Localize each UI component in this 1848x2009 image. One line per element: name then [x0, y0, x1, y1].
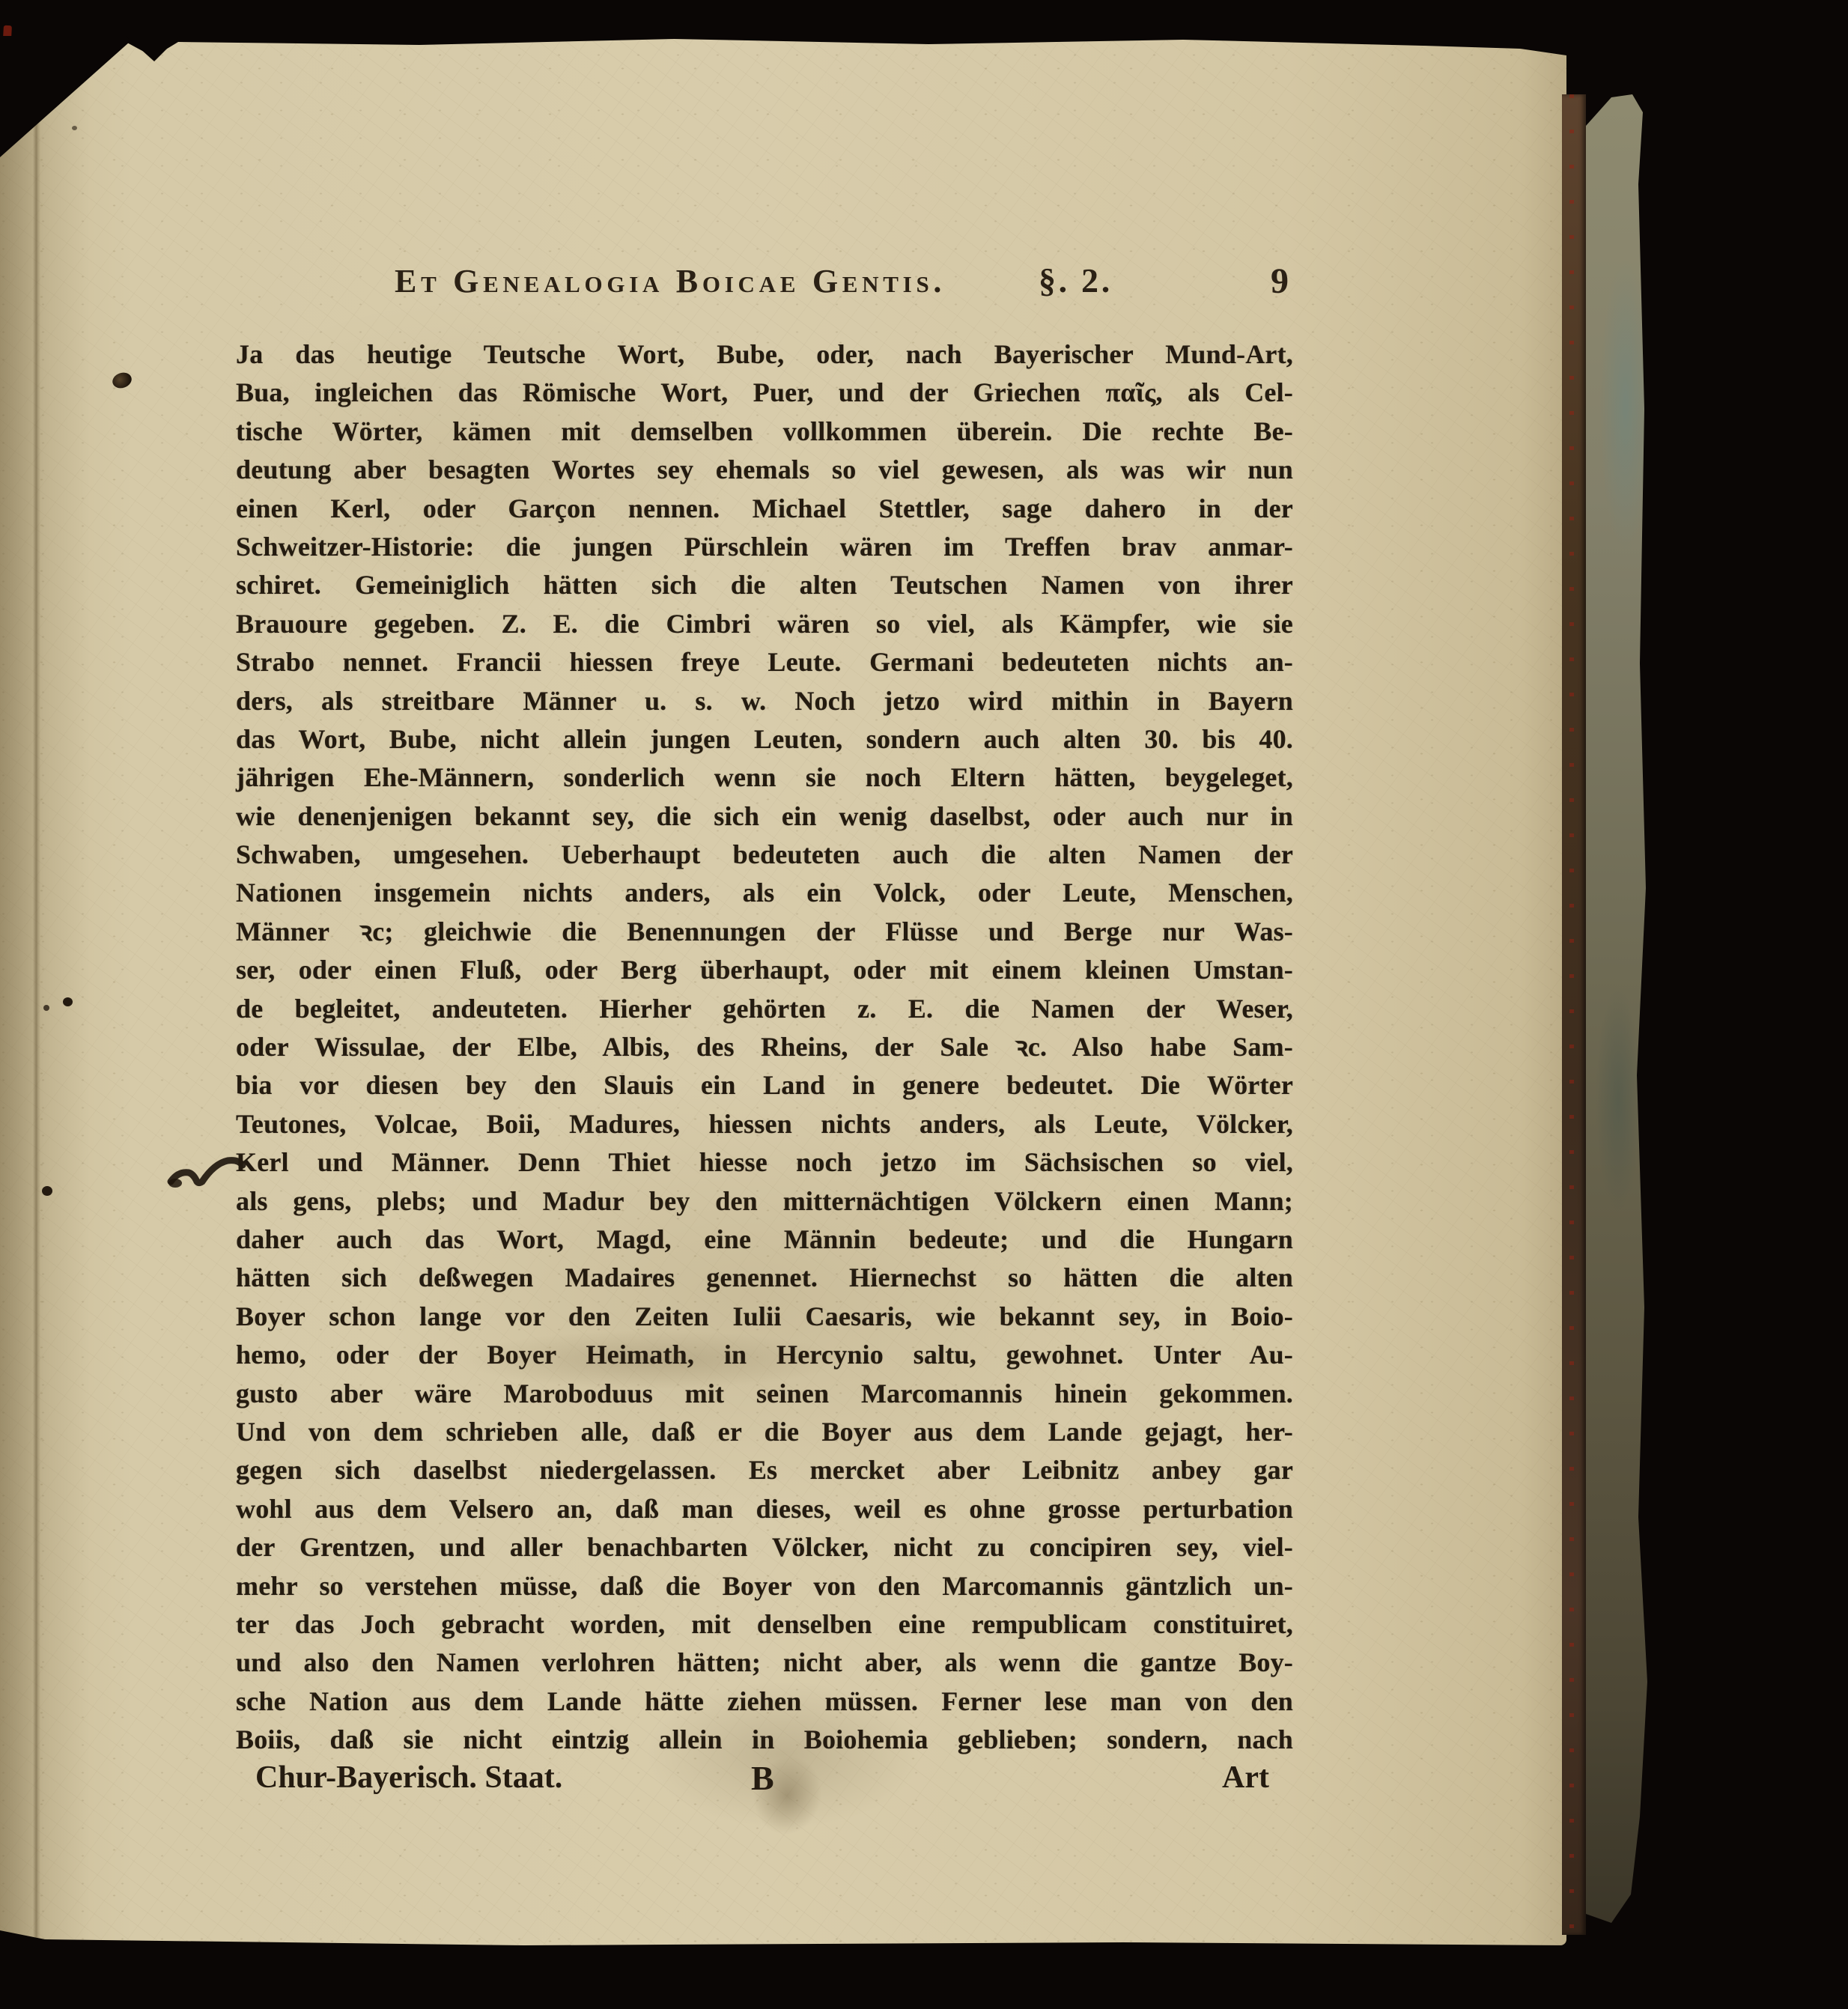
- text-line: deutung aber besagten Wortes sey ehemals…: [236, 451, 1293, 489]
- text-line: wie denenjenigen bekannt sey, die sich e…: [236, 797, 1293, 836]
- wormhole: [43, 1005, 49, 1011]
- body-text: Ja das heutige Teutsche Wort, Bube, oder…: [236, 335, 1293, 1759]
- text-line: Schwaben, umgesehen. Ueberhaupt bedeutet…: [236, 836, 1293, 874]
- text-line: bia vor diesen bey den Slauis ein Land i…: [236, 1066, 1293, 1104]
- text-line: jährigen Ehe-Männern, sonderlich wenn si…: [236, 759, 1293, 797]
- text-line: Teutones, Volcae, Boii, Madures, hiessen…: [236, 1105, 1293, 1143]
- text-line: Männer ꝛc; gleichwie die Benennungen der…: [236, 913, 1293, 951]
- signature-mark: B: [751, 1758, 774, 1798]
- book-page: Et Genealogia Boicae Gentis. §. 2. 9 Ja …: [0, 37, 1566, 1945]
- gutter-crease: [33, 37, 40, 1945]
- parchment-cover-edge: [1586, 94, 1658, 1923]
- gutter-shadow: [0, 37, 90, 1945]
- text-line: und also den Namen verlohren hätten; nic…: [236, 1644, 1293, 1682]
- section-mark: §. 2.: [1039, 261, 1113, 300]
- text-line: Ja das heutige Teutsche Wort, Bube, oder…: [236, 335, 1293, 374]
- text-line: das Wort, Bube, nicht allein jungen Leut…: [236, 720, 1293, 759]
- text-line: de begleitet, andeuteten. Hierher gehört…: [236, 990, 1293, 1028]
- text-line: sche Nation aus dem Lande hätte ziehen m…: [236, 1683, 1293, 1721]
- text-line: Boyer schon lange vor den Zeiten Iulii C…: [236, 1298, 1293, 1336]
- text-line: hemo, oder der Boyer Heimath, in Hercyni…: [236, 1336, 1293, 1374]
- text-line: der Grentzen, und aller benachbarten Völ…: [236, 1528, 1293, 1566]
- wormhole: [63, 997, 73, 1006]
- text-line: schiret. Gemeiniglich hätten sich die al…: [236, 566, 1293, 604]
- text-line: als gens, plebs; und Madur bey den mitte…: [236, 1182, 1293, 1221]
- text-line: oder Wissulae, der Elbe, Albis, des Rhei…: [236, 1028, 1293, 1066]
- text-line: daher auch das Wort, Magd, eine Männin b…: [236, 1221, 1293, 1259]
- catchword: Art: [1222, 1760, 1269, 1796]
- running-head: Et Genealogia Boicae Gentis. §. 2. 9: [236, 262, 1293, 306]
- page-number: 9: [1271, 261, 1289, 302]
- text-line: Nationen insgemein nichts anders, als ei…: [236, 874, 1293, 912]
- text-line: einen Kerl, oder Garçon nennen. Michael …: [236, 490, 1293, 528]
- text-line: tische Wörter, kämen mit demselben vollk…: [236, 413, 1293, 451]
- wormhole: [111, 370, 134, 390]
- scan-background: { "page": { "header": { "running_title":…: [0, 0, 1848, 2009]
- text-line: gusto aber wäre Maroboduus mit seinen Ma…: [236, 1375, 1293, 1413]
- text-line: gegen sich daselbst niedergelassen. Es m…: [236, 1451, 1293, 1489]
- wormhole: [72, 126, 77, 130]
- text-line: Bua, ingleichen das Römische Wort, Puer,…: [236, 374, 1293, 412]
- text-line: ders, als streitbare Männer u. s. w. Noc…: [236, 682, 1293, 720]
- text-line: ter das Joch gebracht worden, mit densel…: [236, 1605, 1293, 1644]
- text-line: Kerl und Männer. Denn Thiet hiesse noch …: [236, 1143, 1293, 1182]
- text-line: wohl aus dem Velsero an, daß man dieses,…: [236, 1490, 1293, 1528]
- wormhole: [42, 1186, 52, 1196]
- text-line: Boiis, daß sie nicht eintzig allein in B…: [236, 1721, 1293, 1759]
- text-line: mehr so verstehen müsse, daß die Boyer v…: [236, 1567, 1293, 1605]
- text-line: Strabo nennet. Francii hiessen freye Leu…: [236, 643, 1293, 681]
- signature-title: Chur-Bayerisch. Staat.: [255, 1760, 562, 1796]
- text-line: ser, oder einen Fluß, oder Berg überhaup…: [236, 951, 1293, 989]
- text-line: Schweitzer-Historie: die jungen Pürschle…: [236, 528, 1293, 566]
- fore-edge-strip: [1562, 94, 1586, 1935]
- text-line: Brauoure gegeben. Z. E. die Cimbri wären…: [236, 605, 1293, 643]
- running-title: Et Genealogia Boicae Gentis.: [395, 262, 946, 300]
- text-line: Und von dem schrieben alle, daß er die B…: [236, 1413, 1293, 1451]
- footer-line: Chur-Bayerisch. Staat. B Art: [236, 1760, 1293, 1800]
- text-line: hätten sich deßwegen Madaires genennet. …: [236, 1259, 1293, 1297]
